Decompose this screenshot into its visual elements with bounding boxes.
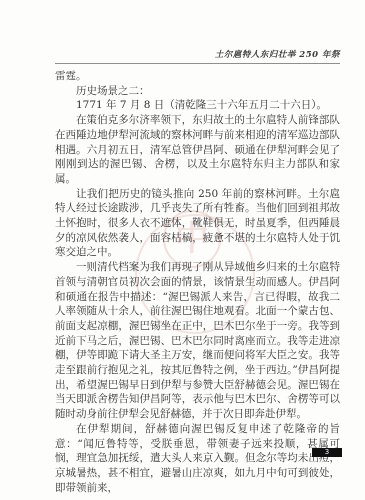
page-number: 3 [325,448,329,457]
paragraph-body-3: 一则清代档案为我们再现了刚从异域他乡归来的土尔扈特首领与清朝官员初次会面的情景，… [55,260,340,422]
paragraph-body-1: 在策伯克多尔济率领下，东归故土的土尔扈特人前锋部队在西陲边地伊犁河流域的察林河畔… [55,113,340,187]
paragraph-continuation: 雷霆。 [55,69,340,84]
body-text: 雷霆。 历史场景之二： 1771 年 7 月 8 日（清乾隆三十六年五月二十六日… [55,69,340,495]
paragraph-body-2: 让我们把历史的镜头推向 250 年前的察林河畔。土尔扈特人经过长途跋涉，几乎丧失… [55,187,340,261]
header-rule [55,63,340,64]
document-page: 中 土尔扈特人东归壮举 250 年祭 雷霆。 历史场景之二： 1771 年 7 … [0,0,365,500]
paragraph-body-4: 在伊犁期间，舒赫德向渥巴锡反复申述了乾隆帝的旨意：“闻厄鲁特等，受朕垂恩，带领妻… [55,422,340,496]
paragraph-scene-heading: 历史场景之二： [55,84,340,99]
page-header-title: 土尔扈特人东归壮举 250 年祭 [55,50,340,61]
running-head: 土尔扈特人东归壮举 250 年祭 [55,50,340,64]
page-number-badge: 3 [312,448,342,457]
paragraph-date: 1771 年 7 月 8 日（清乾隆三十六年五月二十六日）。 [55,98,340,113]
